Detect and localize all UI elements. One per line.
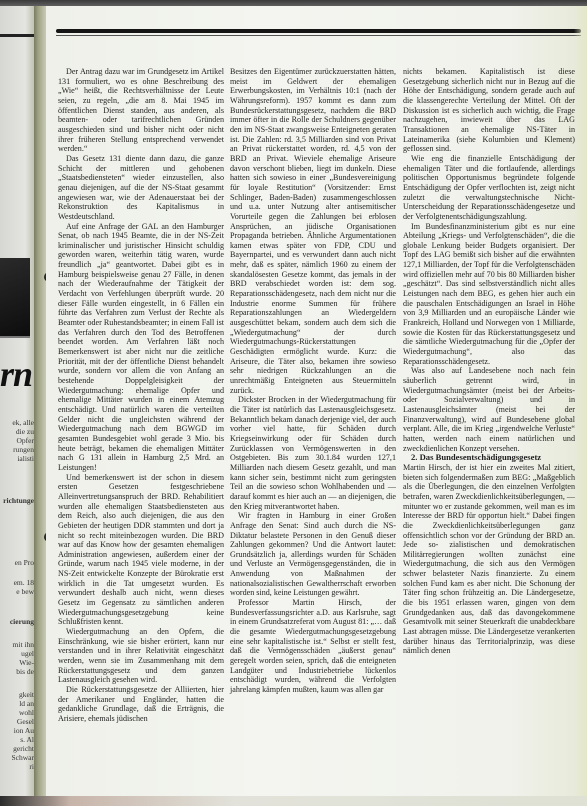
paragraph: Besitzes den Eigentümer zurückzuerstatte… (230, 67, 396, 395)
paragraph: Dickster Brocken in der Wiedergutmachung… (230, 395, 396, 511)
paragraph: Wiedergutmachung an den Opfern, die Eins… (58, 627, 224, 685)
scan-bottom-edge (0, 796, 587, 806)
adjacent-text-fragment: rungen (1, 445, 34, 454)
adjacent-text-fragment: Opfer (1, 436, 34, 445)
document-page: Der Antrag dazu war im Grundgesetz im Ar… (46, 6, 587, 798)
adjacent-page-rule (0, 34, 36, 37)
adjacent-text-fragment: gkeit (1, 690, 34, 699)
adjacent-text-fragment: ion Au (1, 726, 34, 735)
paragraph: Die Rückerstattungsgesetze der Alliierte… (58, 685, 224, 724)
adjacent-text-fragment: e bew (1, 587, 34, 596)
paragraph: Im Bundesfinanzministerium gibt es nur e… (403, 222, 575, 367)
paragraph: Auf eine Anfrage der GAL an den Hamburge… (58, 222, 224, 473)
adjacent-text-fragment: bis de (1, 667, 34, 676)
adjacent-text-fragment: ialisti (1, 454, 34, 463)
binding-gutter (34, 6, 46, 796)
adjacent-text-fragment: Schwar (1, 753, 34, 762)
text-column-2: Besitzes den Eigentümer zurückzuerstatte… (230, 67, 396, 695)
paragraph: Und bemerkenswert ist der schon in diese… (58, 473, 224, 628)
adjacent-text-fragment: ugel (1, 649, 34, 658)
paragraph: Professor Martin Hirsch, der Bundesverfa… (230, 598, 396, 695)
header-rule-thin (56, 35, 581, 36)
paragraph: Was also auf Landesebene noch nach fein … (403, 366, 575, 453)
adjacent-subheading-fragment: richtunge (1, 496, 34, 505)
adjacent-text-fragment: mit ihn (1, 640, 34, 649)
text-column-1: Der Antrag dazu war im Grundgesetz im Ar… (58, 67, 224, 724)
paragraph: Wir fragten in Hamburg in einer Großen A… (230, 511, 396, 598)
adjacent-page-headline-fragment: rn (0, 356, 32, 392)
adjacent-subheading-fragment: cierung (1, 617, 34, 626)
adjacent-page-photo (0, 258, 30, 338)
paragraph: Der Antrag dazu war im Grundgesetz im Ar… (58, 67, 224, 154)
adjacent-text-fragment: en Pro (1, 558, 34, 567)
header-rule (56, 29, 581, 33)
adjacent-page-fragment: rn ek, alle die zu Opfer rungen ialisti … (0, 6, 36, 796)
adjacent-text-fragment: gericht (1, 744, 34, 753)
paragraph: Martin Hirsch, der ist hier ein zweites … (403, 463, 575, 656)
adjacent-text-fragment: ek, alle (1, 418, 34, 427)
adjacent-text-fragment: Wie- (1, 658, 34, 667)
adjacent-text-fragment: ld an (1, 699, 34, 708)
adjacent-text-fragment: s. Al (1, 735, 34, 744)
paragraph: nichts bekamen. Kapitalistisch ist diese… (403, 67, 575, 154)
text-column-3: nichts bekamen. Kapitalistisch ist diese… (403, 67, 575, 656)
adjacent-text-fragment: wohl (1, 708, 34, 717)
adjacent-text-fragment: die zu (1, 427, 34, 436)
paragraph: Das Gesetz 131 diente dann dazu, die gan… (58, 154, 224, 222)
page-edge-tint (574, 6, 587, 798)
section-heading: 2. Das Bundesentschädigungsgesetz (403, 453, 575, 463)
paragraph: Wie eng die finanzielle Entschädigung de… (403, 154, 575, 222)
adjacent-text-fragment: Gesel (1, 717, 34, 726)
adjacent-text-fragment: ri (1, 762, 34, 771)
adjacent-text-fragment: em. 18 (1, 578, 34, 587)
